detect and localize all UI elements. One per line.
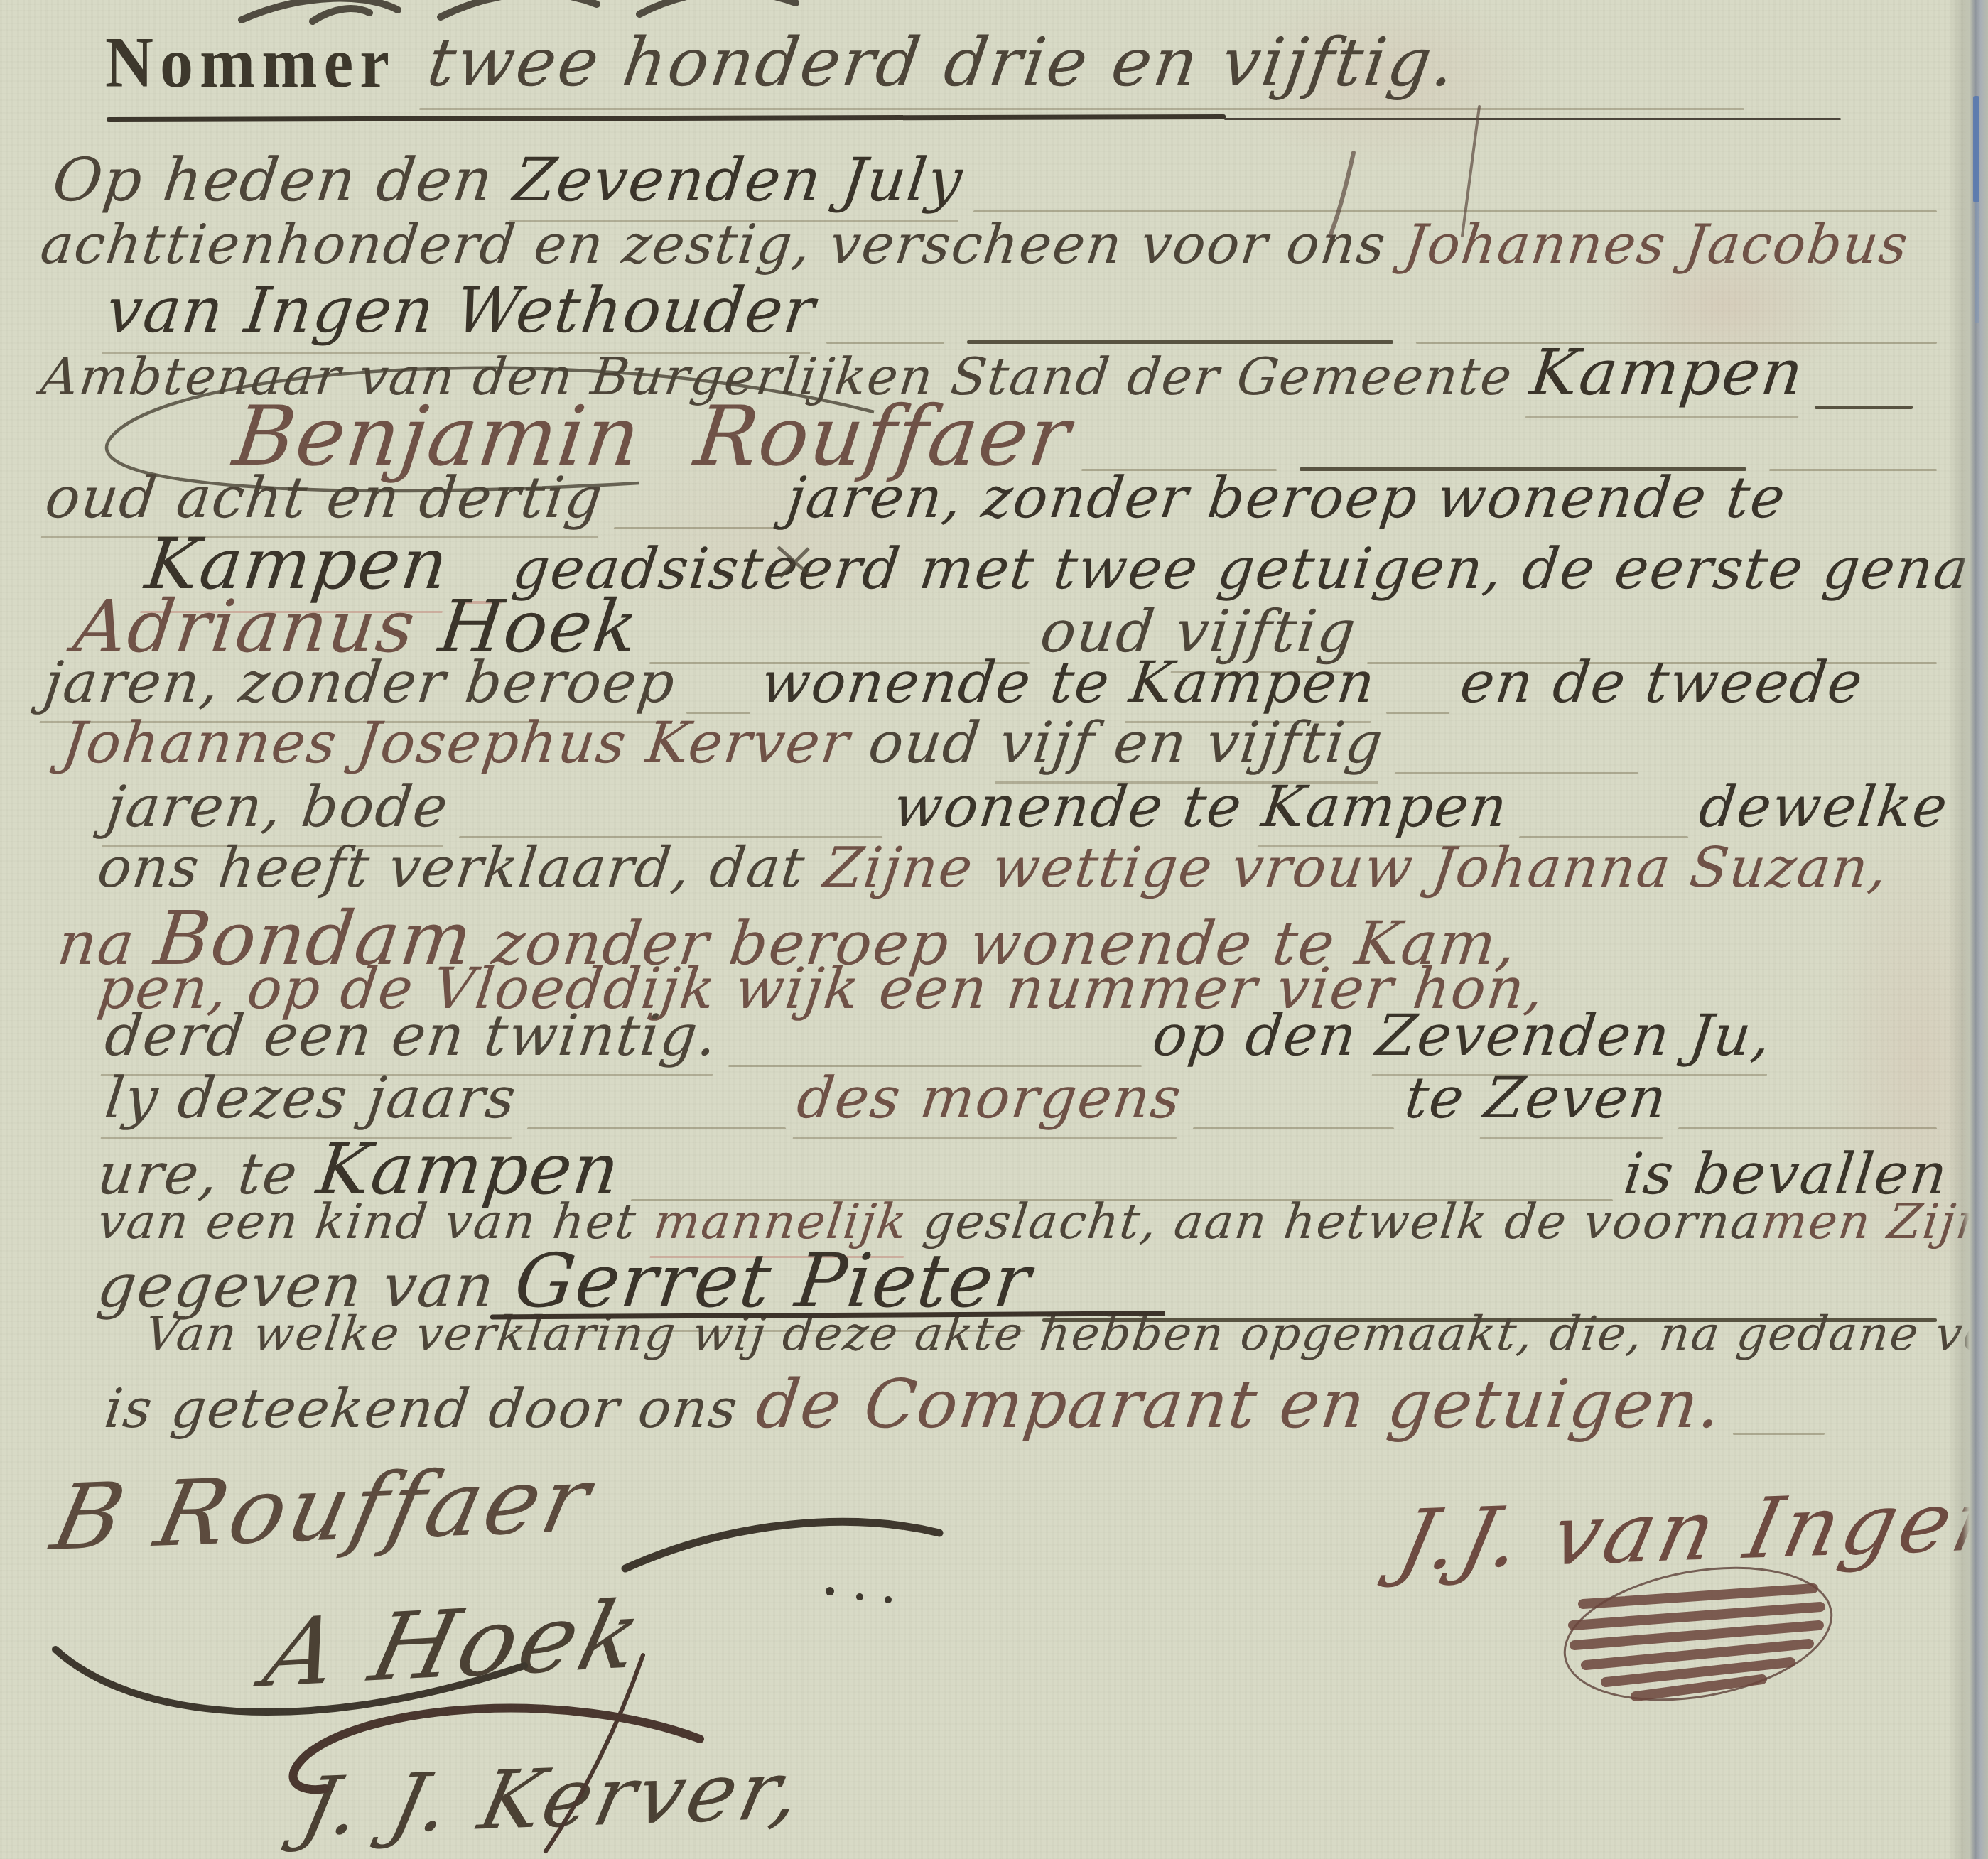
handwritten-text: Zevenden July xyxy=(509,146,967,222)
handwritten-text: Kerver xyxy=(642,710,853,776)
act-line-1: Op heden den Zevenden July xyxy=(53,146,1948,222)
number-value: twee honderd drie en vijftig. xyxy=(423,24,1462,102)
ruled-line xyxy=(1733,1433,1825,1435)
header-rule-medium xyxy=(1224,118,1841,120)
act-line-16: ly dezes jaarsdes morgenste Zeven xyxy=(105,1066,1948,1139)
handwritten-text: Johannes Jacobus xyxy=(1401,213,1913,275)
signature-van-ingen: J.J. van Ingen xyxy=(1390,1470,1988,1590)
handwritten-text: Op heden den xyxy=(49,146,518,215)
header-underline-faint xyxy=(419,108,1744,110)
handwritten-text: de Comparant en getuigen. xyxy=(752,1367,1727,1443)
page-edge-blue-binding-faded xyxy=(1975,202,1979,323)
handwritten-text: achttienhonderd en zestig, verscheen voo… xyxy=(38,213,1409,275)
handwritten-text: Johannes Josephus xyxy=(58,710,650,776)
act-line-12: ons heeft verklaard, dat Zijne wettige v… xyxy=(98,837,1948,901)
handwritten-text: wonende te xyxy=(890,774,1266,840)
handwritten-text: en de tweede xyxy=(1457,650,1867,715)
signature-kerver: J. J. Kerver, xyxy=(293,1743,814,1854)
signature-hoek: A Hoek xyxy=(254,1580,654,1708)
handwritten-text: Zijne wettige vrouw Johanna Suzan, xyxy=(820,837,1891,901)
handwritten-text: dewelke xyxy=(1696,774,1952,840)
handwritten-text: is geteekend door ons xyxy=(102,1377,761,1439)
handwritten-text: op den xyxy=(1149,1003,1381,1068)
page-edge xyxy=(1948,0,1988,1859)
handwritten-text: Zeven xyxy=(1480,1066,1672,1139)
act-line-21: is geteekend door ons de Comparant en ge… xyxy=(105,1367,1948,1443)
handwritten-text: te xyxy=(1401,1066,1488,1131)
handwritten-text: vijf en vijftig xyxy=(995,710,1388,784)
number-label: Nommer xyxy=(105,22,396,105)
handwritten-text: wonende te xyxy=(1434,465,1790,531)
rouffaer-underline-flourish xyxy=(625,1522,939,1568)
act-line-10: Johannes Josephus Kerver oud vijf en vij… xyxy=(63,710,1948,784)
page-edge-blue-binding xyxy=(1973,96,1979,202)
top-edge-cutoff-text xyxy=(242,0,796,21)
document-page: Nommer twee honderd drie en vijftig. Op … xyxy=(0,0,1988,1859)
handwritten-text: ons heeft verklaard, dat xyxy=(94,837,828,901)
handwritten-text: wonende te xyxy=(757,650,1133,715)
handwritten-text: jaren, zonder beroep xyxy=(783,465,1442,531)
header-rule-heavy xyxy=(107,114,1226,122)
handwritten-text: oud xyxy=(846,710,1004,776)
rouffaer-dots xyxy=(826,1587,892,1603)
signature-rouffaer: B Rouffaer xyxy=(43,1447,603,1571)
act-header: Nommer twee honderd drie en vijftig. xyxy=(105,24,1457,102)
handwritten-text: des morgens xyxy=(793,1066,1186,1139)
act-line-2: achttienhonderd en zestig, verscheen voo… xyxy=(41,213,1948,275)
handwritten-text: ly dezes jaars xyxy=(101,1066,521,1139)
